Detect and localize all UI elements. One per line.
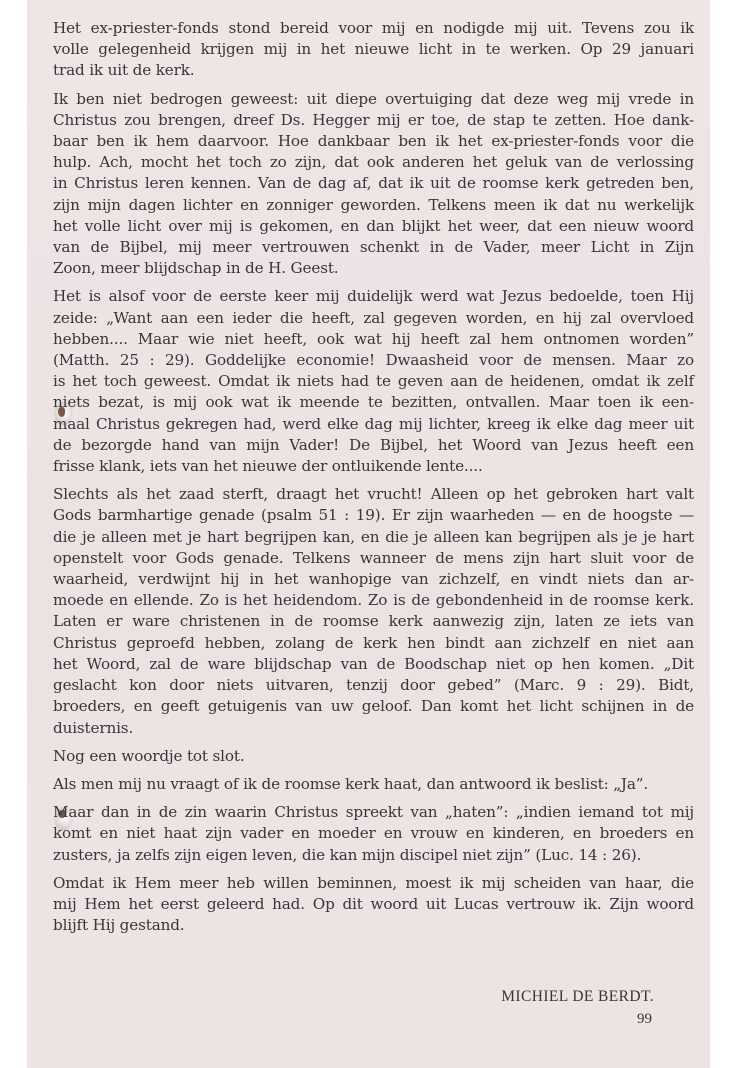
text-line: Als men mij nu vraagt of ik de roomse ke… xyxy=(53,774,694,795)
text-line: waarheid, verdwijnt hij in het wanhopige… xyxy=(53,569,694,590)
text-line: mij Hem het eerst geleerd had. Op dit wo… xyxy=(53,894,694,915)
text-line: Ik ben niet bedrogen geweest: uit diepe … xyxy=(53,89,694,110)
text-line: openstelt voor Gods genade. Telkens wann… xyxy=(53,548,694,569)
text-line: zijn mijn dagen lichter en zonniger gewo… xyxy=(53,195,694,216)
text-line: Gods barmhartige genade (psalm 51 : 19).… xyxy=(53,505,694,526)
paragraph: Slechts als het zaad sterft, draagt het … xyxy=(53,484,694,738)
text-line: Christus geproefd hebben, zolang de kerk… xyxy=(53,633,694,654)
paragraph: Omdat ik Hem meer heb willen beminnen, m… xyxy=(53,873,694,937)
text-line: van de Bijbel, mij meer vertrouwen schen… xyxy=(53,237,694,258)
text-line: Laten er ware christenen in de roomse ke… xyxy=(53,611,694,632)
text-line: hebben.... Maar wie niet heeft, ook wat … xyxy=(53,329,694,350)
text-line: Christus zou brengen, dreef Ds. Hegger m… xyxy=(53,110,694,131)
text-line: Slechts als het zaad sterft, draagt het … xyxy=(53,484,694,505)
text-line: zusters, ja zelfs zijn eigen leven, die … xyxy=(53,845,694,866)
text-line: volle gelegenheid krijgen mij in het nie… xyxy=(53,39,694,60)
text-line: baar ben ik hem daarvoor. Hoe dankbaar b… xyxy=(53,131,694,152)
text-line: de bezorgde hand van mijn Vader! De Bijb… xyxy=(53,435,694,456)
paragraph: Ik ben niet bedrogen geweest: uit diepe … xyxy=(53,89,694,280)
text-line: blijft Hij gestand. xyxy=(53,915,694,936)
text-line: moede en ellende. Zo is het heidendom. Z… xyxy=(53,590,694,611)
text-line: Het is alsof voor de eerste keer mij dui… xyxy=(53,286,694,307)
text-line: frisse klank, iets van het nieuwe der on… xyxy=(53,456,694,477)
text-line: trad ik uit de kerk. xyxy=(53,60,694,81)
text-line: broeders, en geeft getuigenis van uw gel… xyxy=(53,696,694,717)
text-line: niets bezat, is mij ook wat ik meende te… xyxy=(53,392,694,413)
book-page: Het ex-priester-fonds stond bereid voor … xyxy=(27,0,710,1068)
paragraph: Nog een woordje tot slot. xyxy=(53,746,694,767)
text-line: Zoon, meer blijdschap in de H. Geest. xyxy=(53,258,694,279)
text-line: zeide: „Want aan een ieder die heeft, za… xyxy=(53,308,694,329)
page-number: 99 xyxy=(637,1011,652,1028)
author-signature: MICHIEL DE BERDT. xyxy=(501,988,654,1006)
text-line: (Matth. 25 : 29). Goddelijke economie! D… xyxy=(53,350,694,371)
text-line: komt en niet haat zijn vader en moeder e… xyxy=(53,823,694,844)
text-line: die je alleen met je hart begrijpen kan,… xyxy=(53,527,694,548)
paragraph: Als men mij nu vraagt of ik de roomse ke… xyxy=(53,774,694,795)
text-line: Omdat ik Hem meer heb willen beminnen, m… xyxy=(53,873,694,894)
text-line: duisternis. xyxy=(53,718,694,739)
text-line: Nog een woordje tot slot. xyxy=(53,746,694,767)
text-line: hulp. Ach, mocht het toch zo zijn, dat o… xyxy=(53,152,694,173)
text-line: in Christus leren kennen. Van de dag af,… xyxy=(53,173,694,194)
paragraph: Het ex-priester-fonds stond bereid voor … xyxy=(53,18,694,82)
text-line: het Woord, zal de ware blijdschap van de… xyxy=(53,654,694,675)
text-line: is het toch geweest. Omdat ik niets had … xyxy=(53,371,694,392)
text-line: het volle licht over mij is gekomen, en … xyxy=(53,216,694,237)
text-line: geslacht kon door niets uitvaren, tenzij… xyxy=(53,675,694,696)
text-line: Maar dan in de zin waarin Christus spree… xyxy=(53,802,694,823)
text-line: maal Christus gekregen had, werd elke da… xyxy=(53,414,694,435)
body-text: Het ex-priester-fonds stond bereid voor … xyxy=(53,18,694,943)
paragraph: Het is alsof voor de eerste keer mij dui… xyxy=(53,286,694,477)
paragraph: Maar dan in de zin waarin Christus spree… xyxy=(53,802,694,866)
text-line: Het ex-priester-fonds stond bereid voor … xyxy=(53,18,694,39)
